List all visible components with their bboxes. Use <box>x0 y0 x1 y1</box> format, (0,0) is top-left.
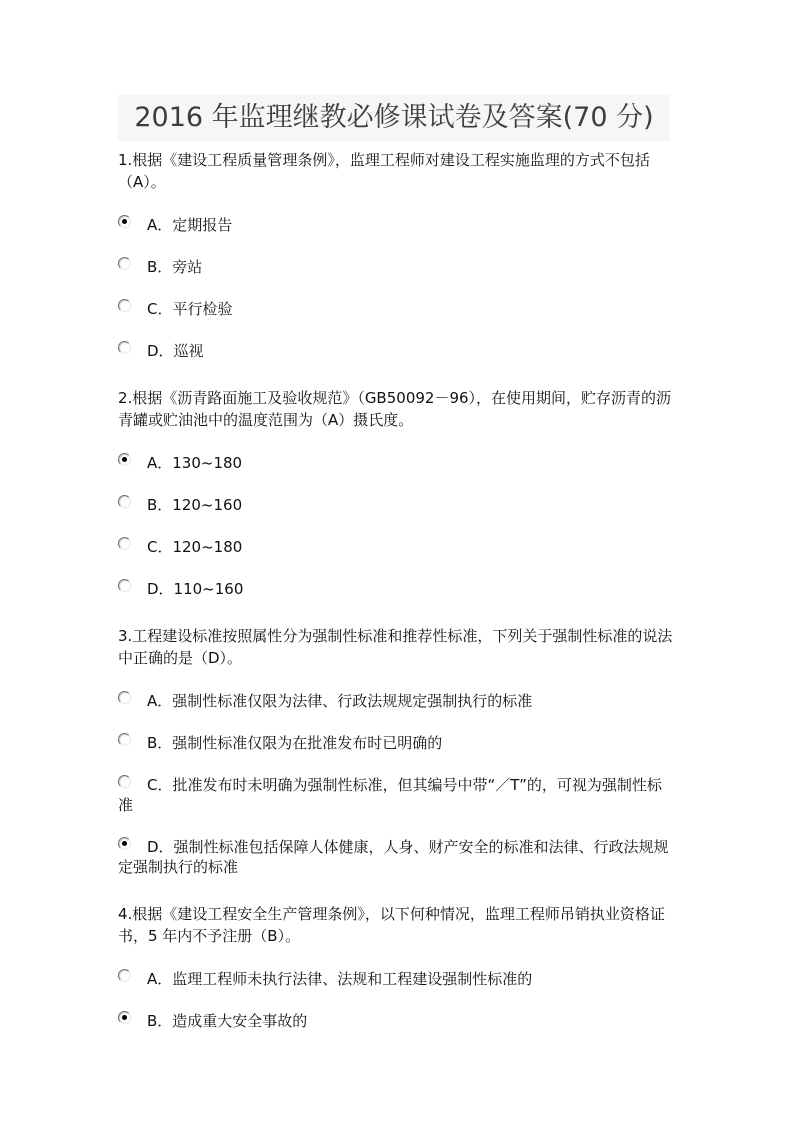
radio-button[interactable] <box>118 1011 131 1024</box>
question-1-option-a: A．定期报告 <box>118 215 674 235</box>
question-3-option-a: A．强制性标准仅限为法律、行政法规规定强制执行的标准 <box>118 691 674 711</box>
option-label: A．强制性标准仅限为法律、行政法规规定强制执行的标准 <box>147 692 532 710</box>
option-label: D．强制性标准包括保障人体健康，人身、财产安全的标准和法律、行政法规规定强制执行… <box>118 838 669 876</box>
radio-button[interactable] <box>118 341 131 354</box>
radio-button[interactable] <box>118 837 131 850</box>
option-label: B．造成重大安全事故的 <box>147 1012 307 1030</box>
option-label: A．130~180 <box>147 454 242 472</box>
option-label: B．旁站 <box>147 258 202 276</box>
radio-button[interactable] <box>118 257 131 270</box>
option-label: C．平行检验 <box>147 300 232 318</box>
option-label: A．定期报告 <box>147 216 232 234</box>
question-1-options: A．定期报告 B．旁站 C．平行检验 D．巡视 <box>118 215 674 361</box>
radio-button[interactable] <box>118 733 131 746</box>
question-3-text: 3.工程建设标准按照属性分为强制性标准和推荐性标准，下列关于强制性标准的说法中正… <box>118 625 674 669</box>
radio-button[interactable] <box>118 215 131 228</box>
radio-button[interactable] <box>118 299 131 312</box>
option-label: C．批准发布时未明确为强制性标准，但其编号中带“／T”的，可视为强制性标准 <box>118 776 662 814</box>
question-4-text: 4.根据《建设工程安全生产管理条例》，以下何种情况，监理工程师吊销执业资格证书，… <box>118 903 674 947</box>
question-2-option-a: A．130~180 <box>118 453 674 473</box>
question-4-options: A．监理工程师未执行法律、法规和工程建设强制性标准的 B．造成重大安全事故的 <box>118 969 674 1031</box>
question-3-option-d: D．强制性标准包括保障人体健康，人身、财产安全的标准和法律、行政法规规定强制执行… <box>118 837 674 877</box>
question-2: 2.根据《沥青路面施工及验收规范》（GB50092－96），在使用期间，贮存沥青… <box>118 387 674 599</box>
radio-button[interactable] <box>118 579 131 592</box>
question-1-option-b: B．旁站 <box>118 257 674 277</box>
question-1-option-c: C．平行检验 <box>118 299 674 319</box>
option-label: C．120~180 <box>147 538 242 556</box>
option-label: D．巡视 <box>147 342 204 360</box>
radio-button[interactable] <box>118 691 131 704</box>
option-label: A．监理工程师未执行法律、法规和工程建设强制性标准的 <box>147 970 532 988</box>
question-3: 3.工程建设标准按照属性分为强制性标准和推荐性标准，下列关于强制性标准的说法中正… <box>118 625 674 877</box>
option-label: B．强制性标准仅限为在批准发布时已明确的 <box>147 734 442 752</box>
question-1: 1.根据《建设工程质量管理条例》，监理工程师对建设工程实施监理的方式不包括（A）… <box>118 149 674 361</box>
question-3-options: A．强制性标准仅限为法律、行政法规规定强制执行的标准 B．强制性标准仅限为在批准… <box>118 691 674 877</box>
radio-button[interactable] <box>118 453 131 466</box>
question-1-text: 1.根据《建设工程质量管理条例》，监理工程师对建设工程实施监理的方式不包括（A）… <box>118 149 674 193</box>
question-2-option-c: C．120~180 <box>118 537 674 557</box>
question-4-option-a: A．监理工程师未执行法律、法规和工程建设强制性标准的 <box>118 969 674 989</box>
question-2-text: 2.根据《沥青路面施工及验收规范》（GB50092－96），在使用期间，贮存沥青… <box>118 387 674 431</box>
option-label: B．120~160 <box>147 496 242 514</box>
page-title: 2016 年监理继教必修课试卷及答案(70 分) <box>118 95 670 141</box>
radio-button[interactable] <box>118 775 131 788</box>
question-3-option-c: C．批准发布时未明确为强制性标准，但其编号中带“／T”的，可视为强制性标准 <box>118 775 674 815</box>
question-2-option-b: B．120~160 <box>118 495 674 515</box>
radio-button[interactable] <box>118 537 131 550</box>
radio-button[interactable] <box>118 969 131 982</box>
exam-page: 2016 年监理继教必修课试卷及答案(70 分) 1.根据《建设工程质量管理条例… <box>118 0 674 1031</box>
radio-button[interactable] <box>118 495 131 508</box>
question-3-option-b: B．强制性标准仅限为在批准发布时已明确的 <box>118 733 674 753</box>
question-2-option-d: D．110~160 <box>118 579 674 599</box>
option-label: D．110~160 <box>147 580 243 598</box>
question-4: 4.根据《建设工程安全生产管理条例》，以下何种情况，监理工程师吊销执业资格证书，… <box>118 903 674 1031</box>
question-4-option-b: B．造成重大安全事故的 <box>118 1011 674 1031</box>
question-2-options: A．130~180 B．120~160 C．120~180 D．110~160 <box>118 453 674 599</box>
question-1-option-d: D．巡视 <box>118 341 674 361</box>
